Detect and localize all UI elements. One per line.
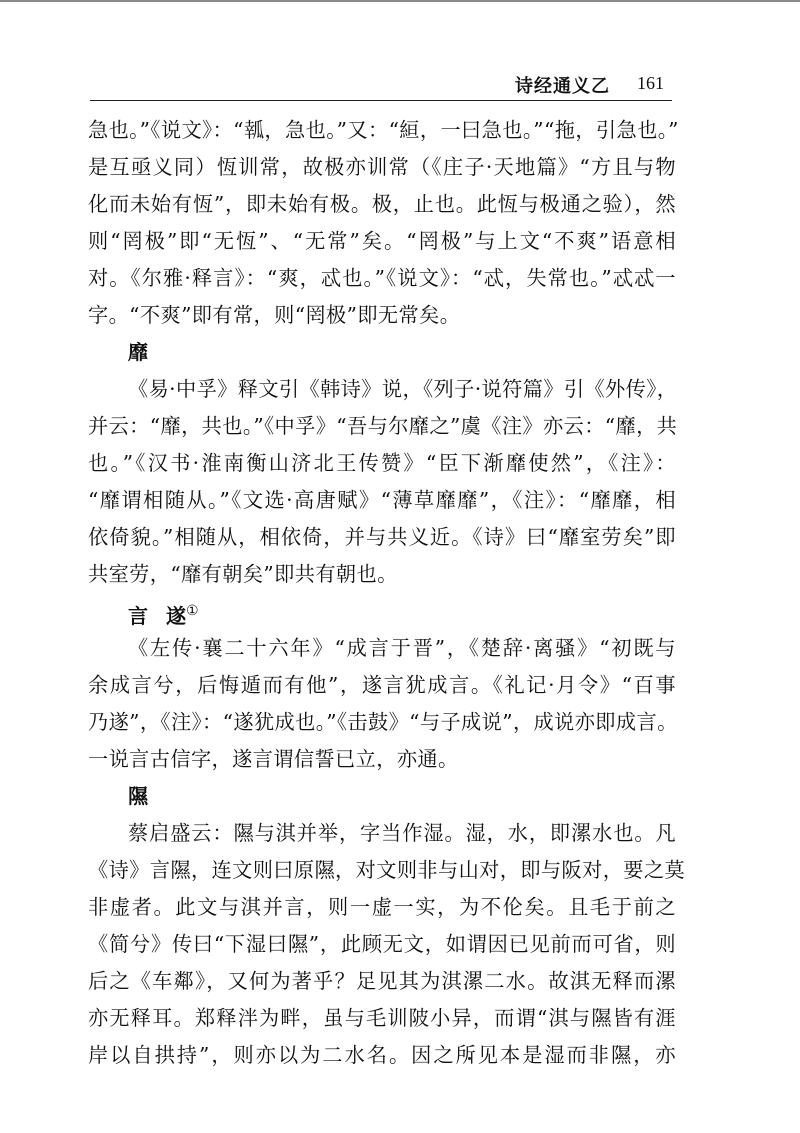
entry-heading-yan-sui: 言遂① xyxy=(88,593,676,630)
scan-top-edge xyxy=(0,0,800,2)
footnote-marker[interactable]: ① xyxy=(186,603,199,619)
text-line: “靡谓相随从。”《文选·高唐赋》“薄草靡靡”，《注》：“靡靡，相 xyxy=(88,482,676,519)
text-line: 非虚者。此文与淇并言，则一虚一实，为不伦矣。且毛于前之 xyxy=(88,889,676,926)
text-line: 《简兮》传曰“下湿曰隰”，此顾无文，如谓因已见前而可省，则 xyxy=(88,926,676,963)
book-title: 诗经通义乙 xyxy=(515,72,610,98)
text-line: 也。”《汉书·淮南衡山济北王传赞》“臣下渐靡使然”，《注》： xyxy=(88,445,676,482)
text-line: 后之《车鄰》，又何为著乎？足见其为淇漯二水。故淇无释而漯 xyxy=(88,963,676,1000)
paragraph-yan-sui: 《左传·襄二十六年》“成言于晋”，《楚辞·离骚》“初既与 余成言兮，后悔遁而有他… xyxy=(88,630,676,778)
entry-heading-text: 隰 xyxy=(128,784,148,808)
entry-heading-text: 言 xyxy=(128,604,148,628)
text-line: 亦无释耳。郑释泮为畔，虽与毛训陂小异，而谓“淇与隰皆有涯 xyxy=(88,1000,676,1037)
text-line: 蔡启盛云：隰与淇并举，字当作湿。湿，水，即漯水也。凡 xyxy=(88,815,676,852)
page-body: 急也。”《说文》：“瓡，急也。”又：“絙，一曰急也。”“拖，引急也。” 是互亟义… xyxy=(88,112,676,1074)
entry-heading-text: 靡 xyxy=(128,340,148,364)
paragraph-continuation: 急也。”《说文》：“瓡，急也。”又：“絙，一曰急也。”“拖，引急也。” 是互亟义… xyxy=(88,112,676,334)
entry-heading-xi: 隰 xyxy=(88,778,676,815)
page-number: 161 xyxy=(637,73,664,94)
text-line: 岸以自拱持”，则亦以为二水名。因之所见本是湿而非隰，亦 xyxy=(88,1037,676,1074)
text-line: 对。《尔雅·释言》：“爽，忒也。”《说文》：“忒，失常也。”忒忒一 xyxy=(88,260,676,297)
paragraph-xi: 蔡启盛云：隰与淇并举，字当作湿。湿，水，即漯水也。凡 《诗》言隰，连文则曰原隰，… xyxy=(88,815,676,1074)
text-line: 并云：“靡，共也。”《中孚》“吾与尔靡之”虞《注》亦云：“靡，共 xyxy=(88,408,676,445)
text-line: 共室劳，“靡有朝矣”即共有朝也。 xyxy=(88,556,676,593)
text-line: 乃遂”，《注》：“遂犹成也。”《击鼓》“与子成说”，成说亦即成言。 xyxy=(88,704,676,741)
text-line: 《左传·襄二十六年》“成言于晋”，《楚辞·离骚》“初既与 xyxy=(88,630,676,667)
text-line: 依倚貌。”相随从，相依倚，并与共义近。《诗》曰“靡室劳矣”即 xyxy=(88,519,676,556)
text-line: 《易·中孚》释文引《韩诗》说，《列子·说符篇》引《外传》， xyxy=(88,371,676,408)
scan-speck xyxy=(468,1057,471,1060)
text-line: 化而未始有恆”，即未始有极。极，止也。此恆与极通之验），然 xyxy=(88,186,676,223)
text-line: 则“罔极”即“无恆”、“无常”矣。“罔极”与上文“不爽”语意相 xyxy=(88,223,676,260)
entry-heading-mi: 靡 xyxy=(88,334,676,371)
running-head: 诗经通义乙 161 xyxy=(90,68,672,101)
text-line: 急也。”《说文》：“瓡，急也。”又：“絙，一曰急也。”“拖，引急也。” xyxy=(88,112,676,149)
text-line: 是互亟义同）恆训常，故极亦训常（《庄子·天地篇》“方且与物 xyxy=(88,149,676,186)
text-line: 余成言兮，后悔遁而有他”，遂言犹成言。《礼记·月令》“百事 xyxy=(88,667,676,704)
text-line: 《诗》言隰，连文则曰原隰，对文则非与山对，即与阪对，要之莫 xyxy=(88,852,676,889)
text-line: 一说言古信字，遂言谓信誓已立，亦通。 xyxy=(88,741,676,778)
paragraph-mi: 《易·中孚》释文引《韩诗》说，《列子·说符篇》引《外传》， 并云：“靡，共也。”… xyxy=(88,371,676,593)
text-line: 字。“不爽”即有常，则“罔极”即无常矣。 xyxy=(88,297,676,334)
entry-heading-text: 遂 xyxy=(166,604,186,628)
